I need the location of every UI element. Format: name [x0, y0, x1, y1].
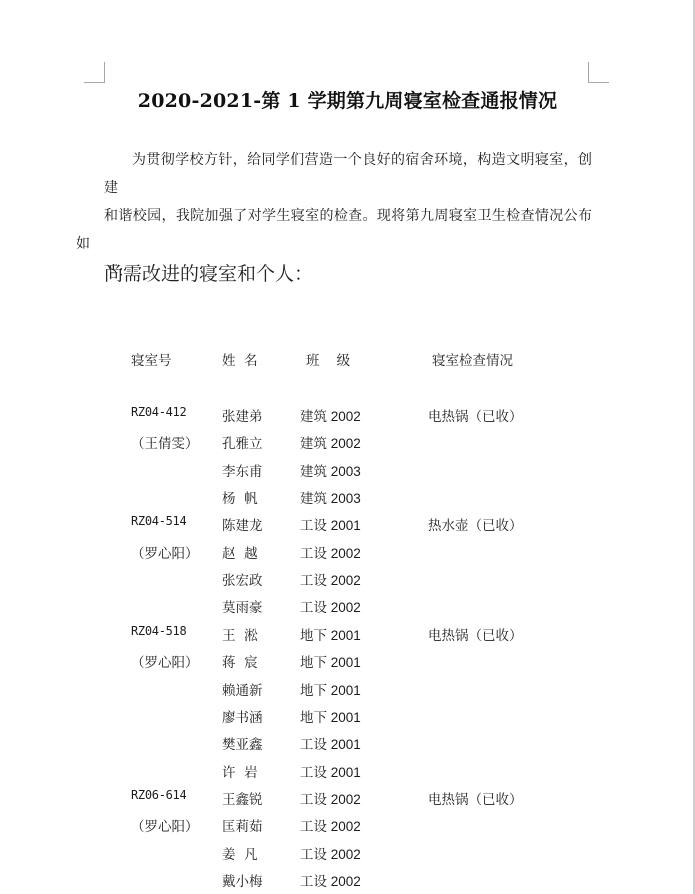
table-row: RZ04-518王 淞地下 2001电热锅（已收） — [0, 624, 695, 646]
table-header-row: 寝室号 姓 名 班 级 寝室检查情况 — [0, 349, 695, 369]
student-class: 工设 2002 — [300, 542, 361, 562]
student-class: 地下 2001 — [300, 651, 361, 671]
student-name: 王鑫锐 — [222, 788, 263, 808]
margin-corner-mark-left — [84, 62, 105, 83]
intro-line-1: 为贯彻学校方针，给同学们营造一个良好的宿舍环境，构造文明寝室，创建 — [104, 152, 592, 196]
section-heading: 尚需改进的寝室和个人： — [104, 259, 313, 286]
student-name: 姜 凡 — [222, 843, 258, 863]
student-class: 建筑 2003 — [300, 460, 361, 480]
student-name: 许 岩 — [222, 761, 258, 781]
student-class: 工设 2002 — [300, 843, 361, 863]
student-name: 王 淞 — [222, 624, 258, 644]
table-row: （罗心阳）蒋 宸地下 2001 — [0, 651, 695, 673]
table-row: （王倩雯）孔雅立建筑 2002 — [0, 432, 695, 454]
table-row: 莫雨豪工设 2002 — [0, 596, 695, 618]
table-row: 杨 帆建筑 2003 — [0, 487, 695, 509]
margin-corner-mark-right — [588, 62, 609, 83]
table-row: RZ04-514陈建龙工设 2001热水壶（已收） — [0, 514, 695, 536]
student-name: 蒋 宸 — [222, 651, 258, 671]
student-name: 赵 越 — [222, 542, 258, 562]
header-room: 寝室号 — [131, 349, 172, 369]
student-class: 工设 2002 — [300, 815, 361, 835]
student-name: 匡莉茹 — [222, 815, 263, 835]
student-class: 建筑 2002 — [300, 432, 361, 452]
student-name: 张宏政 — [222, 569, 263, 589]
table-row: 廖书涵地下 2001 — [0, 706, 695, 728]
inspection-status: 电热锅（已收） — [428, 788, 523, 808]
table-row: （罗心阳）赵 越工设 2002 — [0, 542, 695, 564]
header-class: 班 级 — [306, 349, 350, 369]
document-page: 2020-2021-第 1 学期第九周寝室检查通报情况 为贯彻学校方针，给同学们… — [0, 0, 695, 894]
student-name: 李东甫 — [222, 460, 263, 480]
student-name: 孔雅立 — [222, 432, 263, 452]
room-number: RZ04-412 — [131, 405, 186, 419]
document-title: 2020-2021-第 1 学期第九周寝室检查通报情况 — [0, 86, 695, 113]
room-inspector: （罗心阳） — [131, 815, 199, 835]
student-name: 廖书涵 — [222, 706, 263, 726]
student-name: 樊亚鑫 — [222, 733, 263, 753]
student-name: 莫雨豪 — [222, 596, 263, 616]
room-inspector: （王倩雯） — [131, 432, 199, 452]
room-number: RZ04-518 — [131, 624, 186, 638]
table-row: 戴小梅工设 2002 — [0, 870, 695, 892]
student-name: 陈建龙 — [222, 514, 263, 534]
student-class: 工设 2002 — [300, 788, 361, 808]
student-class: 建筑 2002 — [300, 405, 361, 425]
table-row: RZ06-614王鑫锐工设 2002电热锅（已收） — [0, 788, 695, 810]
student-class: 建筑 2003 — [300, 487, 361, 507]
header-name: 姓 名 — [222, 349, 258, 369]
student-name: 赖通新 — [222, 679, 263, 699]
inspection-status: 电热锅（已收） — [428, 624, 523, 644]
room-number: RZ04-514 — [131, 514, 186, 528]
inspection-status: 电热锅（已收） — [428, 405, 523, 425]
student-class: 工设 2002 — [300, 596, 361, 616]
table-row: 许 岩工设 2001 — [0, 761, 695, 783]
student-class: 地下 2001 — [300, 706, 361, 726]
inspection-status: 热水壶（已收） — [428, 514, 523, 534]
student-class: 工设 2001 — [300, 514, 361, 534]
student-class: 地下 2001 — [300, 679, 361, 699]
room-number: RZ06-614 — [131, 788, 186, 802]
student-class: 工设 2001 — [300, 733, 361, 753]
room-inspector: （罗心阳） — [131, 542, 199, 562]
table-row: 李东甫建筑 2003 — [0, 460, 695, 482]
table-row: 赖通新地下 2001 — [0, 679, 695, 701]
student-class: 地下 2001 — [300, 624, 361, 644]
room-inspector: （罗心阳） — [131, 651, 199, 671]
student-class: 工设 2002 — [300, 569, 361, 589]
table-row: 张宏政工设 2002 — [0, 569, 695, 591]
header-status: 寝室检查情况 — [432, 349, 513, 369]
student-name: 张建弟 — [222, 405, 263, 425]
table-row: （罗心阳）匡莉茹工设 2002 — [0, 815, 695, 837]
intro-line-2: 和谐校园，我院加强了对学生寝室的检查。现将第九周寝室卫生检查情况公布如 — [76, 202, 592, 258]
table-row: RZ04-412张建弟建筑 2002电热锅（已收） — [0, 405, 695, 427]
student-class: 工设 2001 — [300, 761, 361, 781]
student-name: 杨 帆 — [222, 487, 258, 507]
student-class: 工设 2002 — [300, 870, 361, 890]
student-name: 戴小梅 — [222, 870, 263, 890]
table-row: 姜 凡工设 2002 — [0, 843, 695, 865]
table-row: 樊亚鑫工设 2001 — [0, 733, 695, 755]
